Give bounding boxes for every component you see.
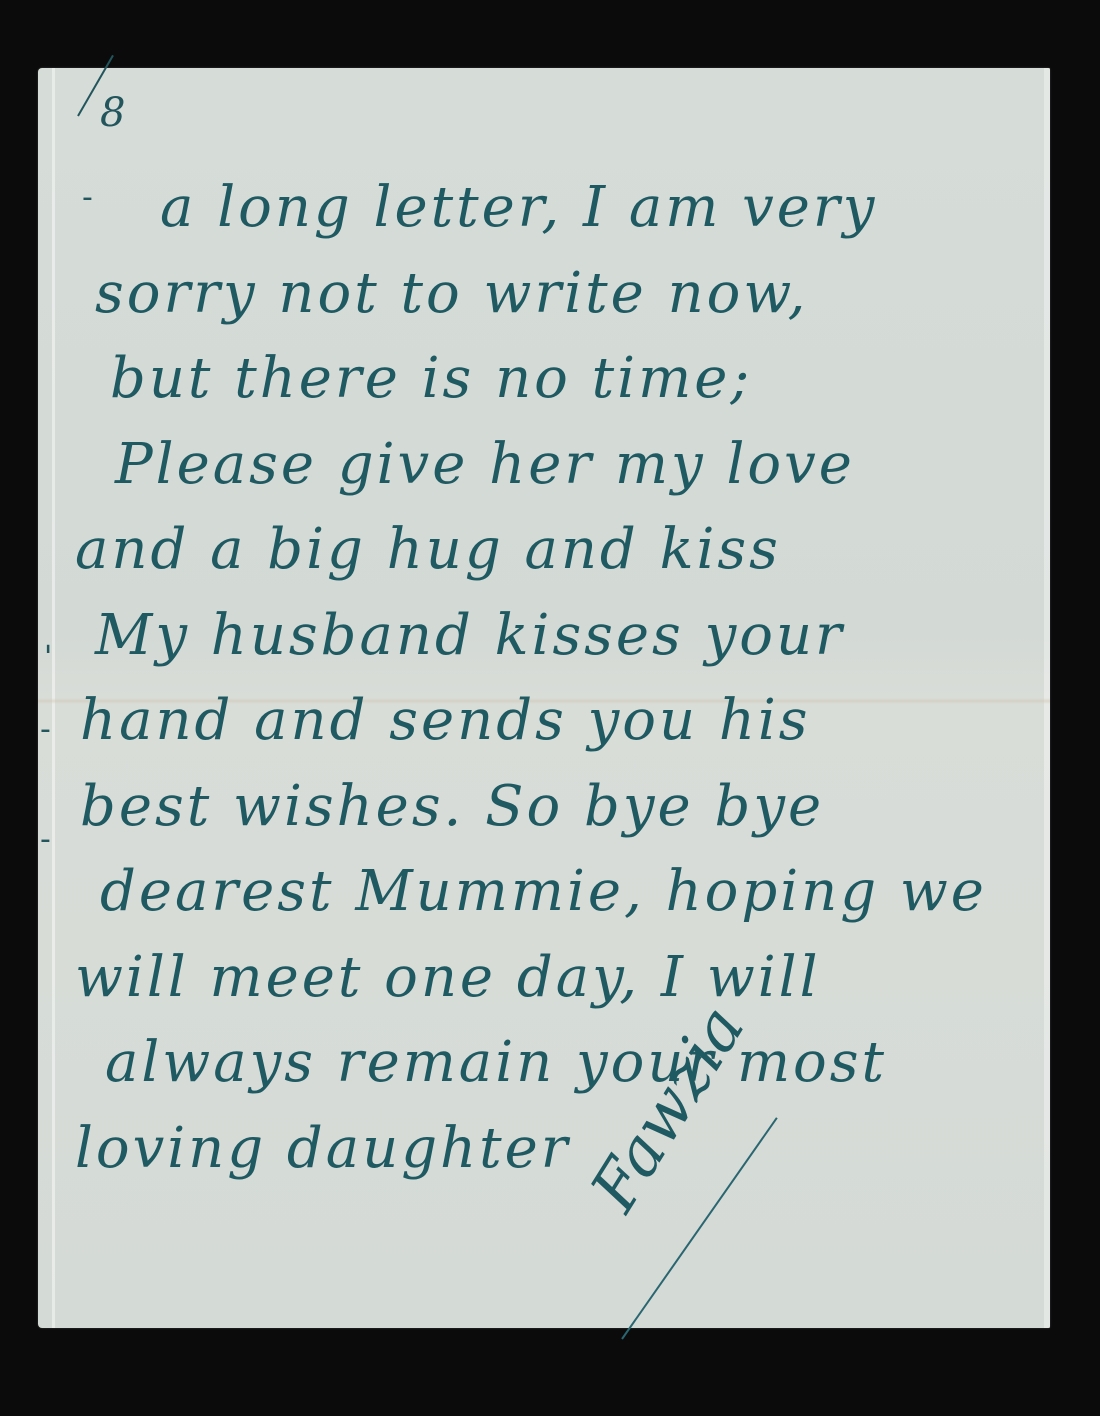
letter-body: a long letter, I am very sorry not to wr… — [75, 165, 1035, 1191]
letter-line: Please give her my love — [75, 422, 1035, 508]
margin-mark: - — [40, 712, 51, 747]
letter-line: hand and sends you his — [75, 678, 1035, 764]
letter-line: sorry not to write now, — [75, 251, 1035, 337]
margin-mark: ' — [44, 640, 52, 675]
letter-line: My husband kisses your — [75, 593, 1035, 679]
letter-line: will meet one day, I will — [75, 935, 1035, 1021]
letter-line: loving daughter — [75, 1106, 1035, 1192]
letter-line: dearest Mummie, hoping we — [75, 849, 1035, 935]
letter-line: best wishes. So bye bye — [75, 764, 1035, 850]
letter-line: but there is no time; — [75, 336, 1035, 422]
letter-line: always remain your most — [75, 1020, 1035, 1106]
margin-mark: - — [40, 822, 51, 857]
letter-line: a long letter, I am very — [75, 165, 1035, 251]
page-number: 8 — [100, 90, 125, 136]
letter-line: and a big hug and kiss — [75, 507, 1035, 593]
